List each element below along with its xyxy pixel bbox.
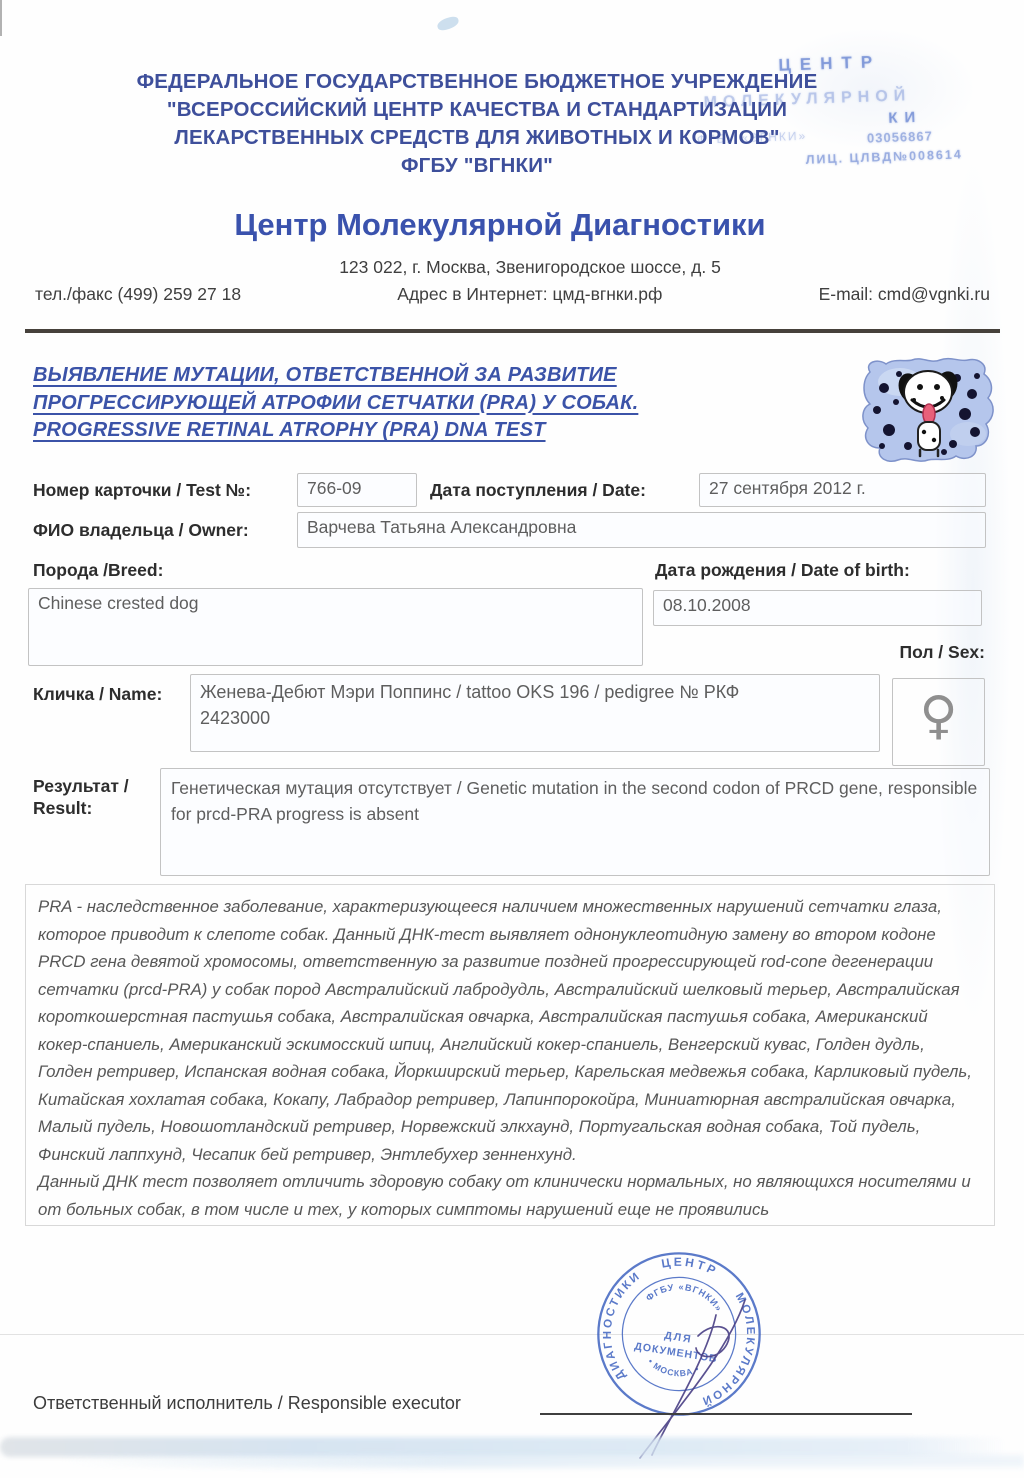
birth-date-field: 08.10.2008 — [653, 590, 982, 626]
breed-label: Порода /Breed: — [33, 560, 163, 581]
notes-paragraph-2: Данный ДНК тест позволяет отличить здоро… — [38, 1168, 980, 1223]
notes-paragraph-1: PRA - наследственное заболевание, характ… — [38, 893, 980, 1168]
dog-name-value: Женева-Дебют Мэри Поппинс / tattoo OKS 1… — [200, 679, 800, 731]
email: E-mail: cmd@vgnki.ru — [819, 284, 990, 305]
dalmatian-dog-stamp-illustration — [856, 356, 1004, 464]
breed-value: Chinese crested dog — [38, 593, 199, 613]
title-line-ru-2: ПРОГРЕССИРУЮЩЕЙ АТРОФИИ СЕТЧАТКИ (PRA) У… — [33, 390, 638, 418]
notes-paragraph-box: PRA - наследственное заболевание, характ… — [25, 884, 995, 1226]
dog-name-label: Кличка / Name: — [33, 684, 162, 705]
birth-date-value: 08.10.2008 — [663, 595, 751, 615]
svg-text:ЦЕНТР: ЦЕНТР — [658, 1251, 721, 1280]
card-number-field: 766-09 — [297, 473, 417, 507]
scan-artifact-band — [0, 1437, 1008, 1457]
title-line-en: PROGRESSIVE RETINAL ATROPHY (PRA) DNA TE… — [33, 417, 546, 445]
postal-address: 123 022, г. Москва, Звенигородское шоссе… — [0, 257, 1024, 278]
title-line-ru-1: ВЫЯВЛЕНИЕ МУТАЦИИ, ОТВЕТСТВЕННОЙ ЗА РАЗВ… — [33, 362, 617, 390]
signature-line — [540, 1413, 912, 1415]
phone-fax: тел./факс (499) 259 27 18 — [35, 284, 241, 305]
owner-value: Варчева Татьяна Александровна — [307, 517, 576, 537]
result-field: Генетическая мутация отсутствует / Genet… — [160, 768, 990, 876]
scan-artifact-band-2 — [60, 1455, 1024, 1467]
owner-label: ФИО владельца / Owner: — [33, 520, 249, 541]
result-label-ru: Результат / — [33, 776, 129, 797]
result-label-en: Result: — [33, 798, 92, 819]
sex-label: Пол / Sex: — [820, 642, 985, 663]
responsible-executor-label: Ответственный исполнитель / Responsible … — [33, 1393, 461, 1414]
contact-row: тел./факс (499) 259 27 18 Адрес в Интерн… — [35, 284, 990, 305]
sex-field: ♀ — [892, 678, 985, 766]
dog-name-field: Женева-Дебют Мэри Поппинс / tattoo OKS 1… — [190, 674, 880, 752]
birth-date-label: Дата рождения / Date of birth: — [655, 560, 910, 581]
date-received-label: Дата поступления / Date: — [430, 480, 646, 501]
female-symbol-icon: ♀ — [893, 679, 984, 753]
date-received-field: 27 сентября 2012 г. — [699, 473, 986, 507]
org-name-line: "ВСЕРОССИЙСКИЙ ЦЕНТР КАЧЕСТВА И СТАНДАРТ… — [0, 96, 954, 124]
org-name-line: ФЕДЕРАЛЬНОЕ ГОСУДАРСТВЕННОЕ БЮДЖЕТНОЕ УЧ… — [0, 68, 954, 96]
center-name-title: Центр Молекулярной Диагностики — [0, 207, 1012, 243]
org-name-line: ФГБУ "ВГНКИ" — [0, 152, 954, 180]
date-received-value: 27 сентября 2012 г. — [709, 478, 866, 498]
stamp-ring-top-text: ЦЕНТР — [658, 1251, 721, 1280]
scan-edge-mark — [0, 0, 2, 36]
card-number-label: Номер карточки / Test №: — [33, 480, 251, 501]
card-number-value: 766-09 — [307, 478, 362, 498]
result-value: Генетическая мутация отсутствует / Genet… — [171, 775, 979, 827]
scan-artifact-mark — [436, 15, 460, 32]
org-name-line: ЛЕКАРСТВЕННЫХ СРЕДСТВ ДЛЯ ЖИВОТНЫХ И КОР… — [0, 124, 954, 152]
website: Адрес в Интернет: цмд-вгнки.рф — [397, 284, 662, 305]
faint-horizontal-line — [0, 1334, 1024, 1335]
scanned-certificate-page: ЦЕНТР МОЛЕКУЛЯРНОЙ КИ ФГБУ «ВГНКИ» 03056… — [0, 0, 1024, 1478]
header-divider-rule — [25, 329, 1000, 333]
organisation-header: ФЕДЕРАЛЬНОЕ ГОСУДАРСТВЕННОЕ БЮДЖЕТНОЕ УЧ… — [0, 68, 1024, 180]
document-title: ВЫЯВЛЕНИЕ МУТАЦИИ, ОТВЕТСТВЕННОЙ ЗА РАЗВ… — [33, 362, 853, 445]
owner-field: Варчева Татьяна Александровна — [297, 512, 986, 548]
breed-field: Chinese crested dog — [28, 588, 643, 666]
